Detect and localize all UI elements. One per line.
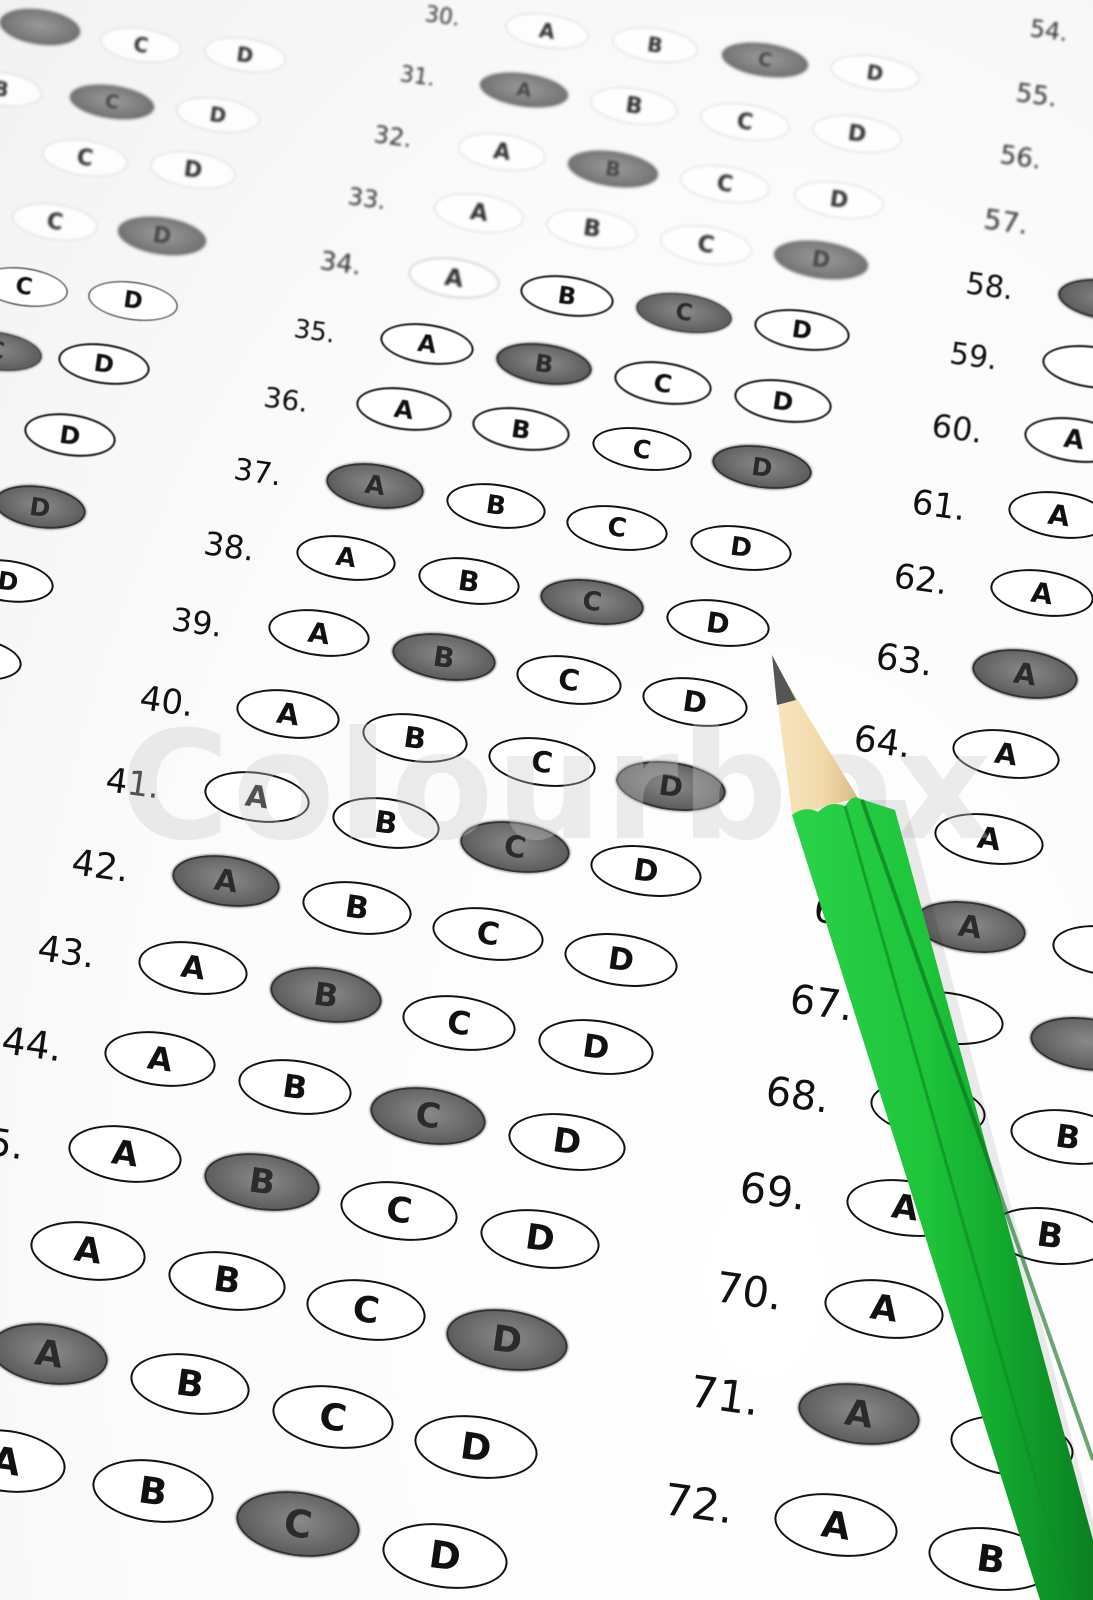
question-number: 45. <box>0 1116 27 1168</box>
answer-bubble[interactable] <box>0 632 24 686</box>
answer-bubble-c[interactable]: C <box>40 134 130 182</box>
answer-bubble-b[interactable]: B <box>494 338 595 391</box>
answer-bubble-d[interactable]: D <box>828 50 922 96</box>
answer-bubble-c[interactable]: C <box>612 355 715 410</box>
answer-bubble-d[interactable]: D <box>710 439 815 495</box>
question-number: 63. <box>873 636 935 685</box>
question-number: 35. <box>292 314 337 349</box>
question-number: 39. <box>169 600 225 645</box>
answer-bubble-c[interactable]: C <box>485 731 599 794</box>
answer-bubble-d[interactable]: D <box>561 926 681 993</box>
answer-bubble-a[interactable]: A <box>911 894 1029 959</box>
answer-bubble-c[interactable]: C <box>678 160 772 208</box>
question-number: 42. <box>69 842 131 891</box>
question-number: 55. <box>1014 78 1059 113</box>
answer-bubble-c[interactable]: C <box>0 326 44 376</box>
question-number: 69. <box>737 1162 810 1220</box>
question-number: 38. <box>201 524 257 569</box>
answer-bubble-a[interactable]: A <box>478 68 570 112</box>
answer-bubble-a[interactable]: A <box>406 252 503 304</box>
answer-bubble-b[interactable]: B <box>329 791 443 856</box>
answer-bubble-d[interactable]: D <box>86 276 180 326</box>
question-number: 61. <box>909 482 968 529</box>
question-number: 56. <box>998 140 1043 175</box>
answer-bubble-b[interactable]: B <box>235 1052 355 1121</box>
answer-bubble-d[interactable]: D <box>663 593 772 653</box>
answer-bubble-b[interactable]: B <box>1007 1102 1093 1172</box>
answer-bubble-d[interactable]: D <box>752 304 853 357</box>
answer-bubble-c[interactable]: C <box>590 421 695 477</box>
answer-bubble-b[interactable]: B <box>165 1244 290 1318</box>
answer-bubble-a[interactable]: A <box>65 1118 186 1189</box>
answer-bubble-d[interactable]: D <box>810 110 904 158</box>
question-number: 68. <box>763 1068 832 1122</box>
answer-bubble-a[interactable]: A <box>265 603 372 663</box>
answer-bubble-a[interactable]: A <box>293 529 398 586</box>
answer-bubble-d[interactable]: D <box>116 212 208 260</box>
answer-bubble-c[interactable]: C <box>513 649 625 711</box>
answer-bubble-b[interactable]: B <box>88 1452 217 1530</box>
answer-bubble-b[interactable]: B <box>946 1408 1077 1485</box>
answer-bubble-a[interactable]: A <box>135 935 251 1002</box>
answer-bubble-c[interactable]: C <box>399 988 519 1057</box>
question-number: 33. <box>346 182 388 215</box>
question-number: 71. <box>686 1366 762 1426</box>
answer-bubble[interactable] <box>867 1074 989 1144</box>
answer-bubble-c[interactable]: C <box>429 900 547 967</box>
answer-bubble-b[interactable]: B <box>299 875 415 942</box>
answer-bubble[interactable] <box>1056 273 1093 327</box>
answer-bubble-a[interactable]: A <box>354 382 455 437</box>
answer-bubble-d[interactable]: D <box>22 408 119 462</box>
answer-bubble-a[interactable]: A <box>794 1376 923 1452</box>
question-number: 62. <box>891 556 950 603</box>
answer-bubble-a[interactable]: A <box>101 1024 219 1093</box>
answer-bubble-c[interactable]: C <box>337 1174 462 1248</box>
answer-bubble-d[interactable]: D <box>442 1302 571 1378</box>
answer-bubble-c[interactable]: C <box>232 1484 364 1565</box>
answer-bubble-a[interactable]: A <box>0 1422 70 1500</box>
answer-bubble-b[interactable]: B <box>359 707 471 769</box>
answer-bubble[interactable] <box>1040 339 1093 395</box>
answer-bubble-b[interactable]: B <box>201 1146 324 1218</box>
answer-bubble-d[interactable]: D <box>792 176 886 224</box>
answer-bubble-c[interactable]: C <box>634 288 734 339</box>
answer-bubble-a[interactable]: A <box>169 849 283 914</box>
answer-bubble[interactable] <box>0 5 82 50</box>
answer-bubble-c[interactable]: C <box>457 815 573 880</box>
answer-bubble-d[interactable]: D <box>732 373 835 428</box>
answer-bubble[interactable] <box>1049 919 1093 984</box>
answer-bubble-b[interactable]: B <box>566 146 660 192</box>
answer-bubble-b[interactable]: B <box>470 401 573 456</box>
question-number: 59. <box>948 336 1000 377</box>
answer-bubble-b[interactable]: B <box>588 82 680 130</box>
answer-bubble-c[interactable]: C <box>68 80 156 123</box>
question-number: 60. <box>929 406 985 451</box>
answer-bubble-a[interactable]: A <box>1005 485 1093 545</box>
question-number: 40. <box>137 678 196 725</box>
answer-bubble-b[interactable]: B <box>389 627 498 687</box>
question-number: 70. <box>713 1262 786 1320</box>
answer-bubble-a[interactable]: A <box>503 8 591 53</box>
answer-sheet: CDBCDCDCDCDCDDDD30.ABCD31.ABCD32.ABCD33.… <box>0 0 1093 1600</box>
answer-bubble-c[interactable]: C <box>98 22 184 67</box>
answer-bubble-a[interactable]: A <box>843 1172 968 1244</box>
answer-bubble-a[interactable]: A <box>323 457 426 514</box>
question-number: 58. <box>964 266 1016 307</box>
answer-bubble-d[interactable]: D <box>535 1012 657 1082</box>
answer-bubble-d[interactable]: D <box>587 838 705 903</box>
answer-bubble-b[interactable]: B <box>610 22 700 68</box>
question-number: 44. <box>0 1018 65 1070</box>
answer-bubble-c[interactable]: C <box>563 499 670 557</box>
answer-bubble-b[interactable]: B <box>544 204 640 254</box>
answer-bubble-d[interactable]: D <box>378 1516 512 1597</box>
answer-bubble-b[interactable]: B <box>987 1200 1093 1272</box>
answer-bubble-d[interactable]: D <box>174 92 262 137</box>
answer-bubble-d[interactable]: D <box>687 519 794 577</box>
answer-bubble-a[interactable]: A <box>0 1316 112 1392</box>
question-number: 36. <box>262 380 311 419</box>
answer-bubble-d[interactable]: D <box>505 1106 630 1178</box>
answer-bubble-b[interactable]: B <box>415 551 522 611</box>
answer-bubble-a[interactable]: A <box>770 1486 901 1565</box>
answer-bubble-c[interactable]: C <box>0 262 70 312</box>
question-number: 57. <box>982 202 1031 241</box>
answer-bubble-d[interactable]: D <box>0 480 88 534</box>
answer-bubble-c[interactable]: C <box>537 573 646 631</box>
answer-bubble-d[interactable]: D <box>639 671 751 733</box>
question-number: 65. <box>831 800 897 852</box>
answer-bubble-c[interactable]: C <box>698 98 792 146</box>
answer-bubble-b[interactable]: B <box>924 1520 1057 1599</box>
question-number: 31. <box>398 62 436 92</box>
answer-bubble-b[interactable]: B <box>443 477 548 534</box>
answer-bubble-d[interactable]: D <box>613 755 729 818</box>
answer-bubble-a[interactable]: A <box>456 128 548 176</box>
answer-bubble-a[interactable]: A <box>969 643 1081 705</box>
answer-bubble-a[interactable]: A <box>1021 411 1093 468</box>
question-number: 67. <box>787 976 856 1030</box>
answer-bubble-c[interactable]: C <box>10 198 100 246</box>
answer-bubble-d[interactable]: D <box>0 554 56 608</box>
answer-bubble-d[interactable]: D <box>477 1202 604 1276</box>
answer-bubble-b[interactable]: B <box>267 960 385 1029</box>
answer-bubble-c[interactable]: C <box>268 1378 397 1456</box>
answer-bubble-c[interactable]: C <box>367 1080 490 1152</box>
answer-bubble-b[interactable]: B <box>0 66 44 111</box>
question-number: 32. <box>372 120 414 153</box>
question-number: 64. <box>851 718 913 767</box>
answer-bubble-d[interactable]: D <box>202 32 288 77</box>
answer-bubble-b[interactable]: B <box>126 1346 253 1422</box>
answer-bubble[interactable] <box>1027 1010 1093 1077</box>
answer-bubble-b[interactable]: B <box>518 270 617 323</box>
question-number: 66. <box>811 886 877 938</box>
question-number: 41. <box>103 760 162 807</box>
question-number: 54. <box>1028 14 1070 47</box>
answer-bubble-a[interactable]: A <box>821 1272 948 1346</box>
question-number: 34. <box>318 246 363 281</box>
answer-bubble-a[interactable]: A <box>432 188 526 238</box>
question-number: 30. <box>423 2 461 32</box>
answer-bubble-a[interactable]: A <box>931 807 1047 872</box>
answer-bubble-a[interactable]: A <box>378 318 477 371</box>
answer-bubble-c[interactable]: C <box>658 220 754 270</box>
question-number: 43. <box>35 928 97 977</box>
answer-bubble-d[interactable]: D <box>772 236 870 285</box>
answer-bubble-a[interactable]: A <box>27 1214 150 1288</box>
question-number: 37. <box>232 452 284 493</box>
answer-bubble-d[interactable]: D <box>148 146 238 194</box>
answer-bubble-d[interactable]: D <box>56 338 153 390</box>
question-number: 72. <box>660 1474 736 1534</box>
answer-bubble-a[interactable]: A <box>201 765 313 829</box>
answer-bubble-a[interactable]: A <box>949 723 1063 786</box>
answer-bubble-a[interactable]: A <box>233 683 343 745</box>
answer-bubble[interactable] <box>887 984 1007 1051</box>
answer-bubble-c[interactable]: C <box>302 1272 429 1348</box>
answer-bubble-a[interactable]: A <box>987 563 1093 623</box>
answer-bubble-c[interactable]: C <box>720 38 810 82</box>
answer-bubble-d[interactable]: D <box>410 1408 541 1487</box>
